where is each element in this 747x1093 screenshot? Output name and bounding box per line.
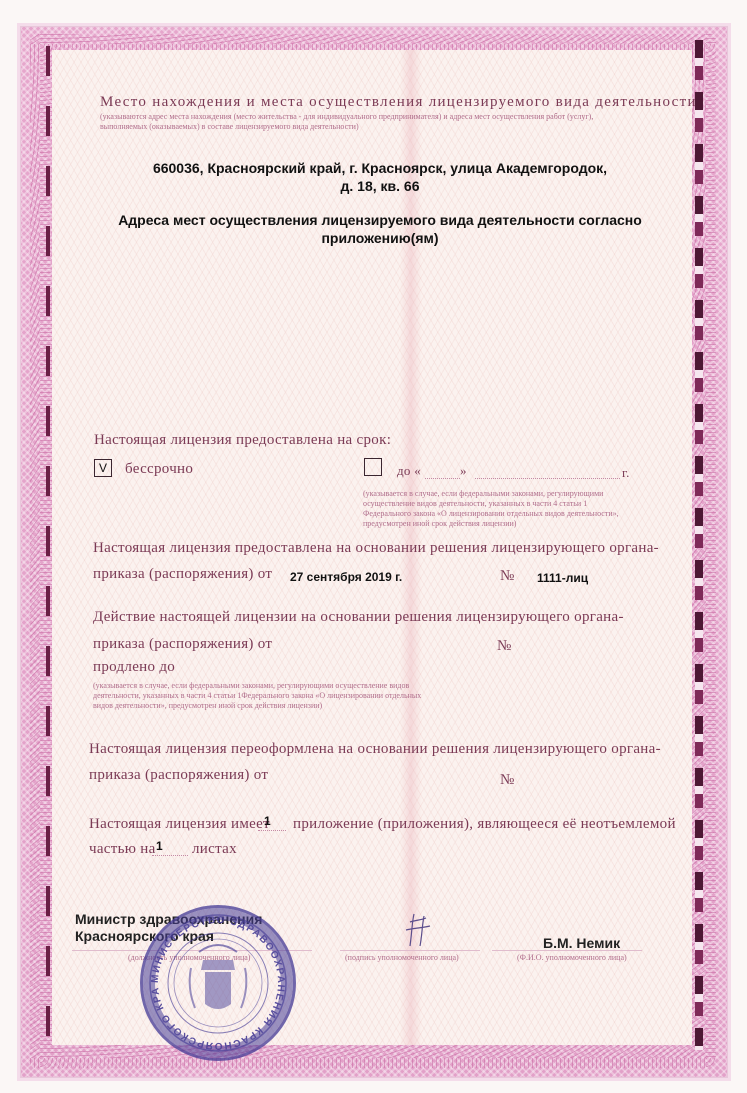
appendix-sheets: 1 — [156, 839, 163, 853]
location-note-1: (указываются адрес места нахождения (мес… — [100, 112, 593, 122]
address-line-2: д. 18, кв. 66 — [90, 178, 670, 194]
extension-number-sign: № — [497, 638, 512, 655]
appendix-sheets-field — [152, 855, 188, 856]
until-note-1: (указывается в случае, если федеральными… — [363, 489, 603, 499]
reissue-line-2-prefix: приказа (распоряжения) от — [89, 767, 268, 784]
until-month-year-field — [475, 478, 620, 479]
extension-note-3: видов деятельности», предусмотрен иной с… — [93, 701, 322, 711]
signature-caption: (подпись уполномоченного лица) — [345, 953, 459, 963]
location-note-2: выполняемых (оказываемых) в составе лице… — [100, 122, 359, 132]
name-caption: (Ф.И.О. уполномоченного лица) — [517, 953, 627, 963]
reissue-number-sign: № — [500, 772, 515, 789]
until-mid: » — [460, 463, 467, 479]
signature-mark — [404, 912, 432, 948]
appendix-prefix: Настоящая лицензия имеет — [89, 816, 270, 833]
extension-note-1: (указывается в случае, если федеральными… — [93, 681, 409, 691]
grant-number: 1111-лиц — [537, 571, 588, 585]
until-note-4: предусмотрен иной срок действия лицензии… — [363, 519, 516, 529]
grant-date: 27 сентября 2019 г. — [290, 570, 402, 584]
border-scan-artifact-left — [46, 46, 50, 1046]
until-note-2: осуществление видов деятельности, указан… — [363, 499, 587, 509]
location-heading: Место нахождения и места осуществления л… — [100, 94, 697, 111]
extension-note-2: деятельности, указанных в части 4 статьи… — [93, 691, 421, 701]
appendix-count: 1 — [264, 814, 271, 828]
grant-line-2-prefix: приказа (распоряжения) от — [93, 566, 272, 583]
appendix-line-2-prefix: частью на — [89, 841, 156, 858]
appendix-count-field — [258, 830, 286, 831]
stamp-emblem-icon: МИНИСТЕРСТВО ЗДРАВООХРАНЕНИЯ КРАСНОЯРСКО… — [143, 908, 293, 1058]
appendix-line-2-suffix: листах — [192, 841, 237, 858]
term-label: Настоящая лицензия предоставлена на срок… — [94, 432, 391, 449]
signatory-name: Б.М. Немик — [543, 935, 620, 951]
appendix-middle: приложение (приложения), являющееся её н… — [293, 816, 676, 833]
until-note-3: Федерального закона «О лицензировании от… — [363, 509, 619, 519]
places-line-2: приложению(ям) — [90, 230, 670, 246]
until-day-field — [425, 478, 460, 479]
signature-line — [340, 950, 480, 951]
reissue-line-1: Настоящая лицензия переоформлена на осно… — [89, 741, 661, 758]
extended-until-label: продлено до — [93, 659, 175, 676]
until-suffix: г. — [622, 465, 630, 481]
extension-line-2-prefix: приказа (распоряжения) от — [93, 636, 272, 653]
name-line — [492, 950, 642, 951]
address-line-1: 660036, Красноярский край, г. Красноярск… — [90, 160, 670, 176]
until-checkbox[interactable] — [364, 458, 382, 476]
grant-line-1: Настоящая лицензия предоставлена на осно… — [93, 540, 659, 557]
indefinite-label: бессрочно — [125, 461, 193, 478]
official-stamp: МИНИСТЕРСТВО ЗДРАВООХРАНЕНИЯ КРАСНОЯРСКО… — [140, 905, 296, 1061]
border-scan-artifact-right — [695, 40, 703, 1050]
places-line-1: Адреса мест осуществления лицензируемого… — [90, 212, 670, 228]
extension-line-1: Действие настоящей лицензии на основании… — [93, 609, 624, 626]
until-prefix: до « — [397, 463, 421, 479]
indefinite-checkbox[interactable]: V — [94, 459, 112, 477]
grant-number-sign: № — [500, 568, 515, 585]
